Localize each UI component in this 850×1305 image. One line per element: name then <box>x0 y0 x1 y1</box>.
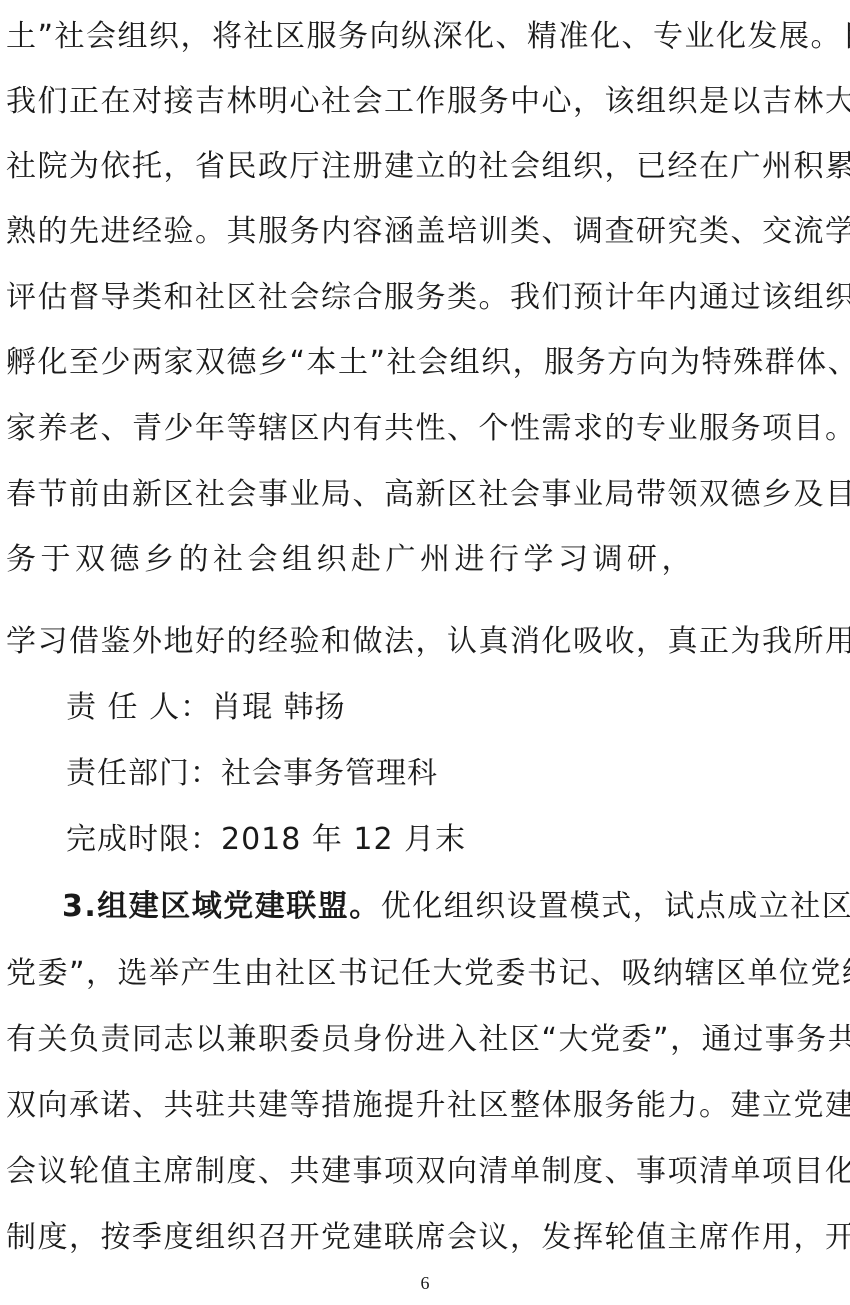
document-page: 土”社会组织，将社区服务向纵深化、精准化、专业化发展。目前 我们正在对接吉林明心… <box>0 0 850 1305</box>
body-text-line: 孵化至少两家双德乡“本土”社会组织，服务方向为特殊群体、居 <box>6 343 846 383</box>
body-text-line: 评估督导类和社区社会综合服务类。我们预计年内通过该组织培育 <box>6 278 846 318</box>
body-text-line: 春节前由新区社会事业局、高新区社会事业局带领双德乡及目前服 <box>6 475 846 515</box>
body-text-line: 务于双德乡的社会组织赴广州进行学习调研， <box>6 540 846 580</box>
deadline: 完成时限：2018 年 12 月末 <box>66 820 466 860</box>
body-text-line: 会议轮值主席制度、共建事项双向清单制度、事项清单项目化推进 <box>6 1152 846 1192</box>
body-text-line: 我们正在对接吉林明心社会工作服务中心，该组织是以吉林大学哲 <box>6 82 846 122</box>
body-text-line: 土”社会组织，将社区服务向纵深化、精准化、专业化发展。目前 <box>6 17 846 57</box>
responsible-department: 责任部门：社会事务管理科 <box>66 754 438 794</box>
body-text-line: 有关负责同志以兼职委员身份进入社区“大党委”，通过事务共商、 <box>6 1020 846 1060</box>
body-text-line: 社院为依托，省民政厅注册建立的社会组织，已经在广州积累了成 <box>6 147 846 187</box>
section-3-text: 优化组织设置模式，试点成立社区“大 <box>381 889 850 924</box>
responsible-person: 责 任 人：肖琨 韩扬 <box>66 688 346 728</box>
section-3-first-line: 3.组建区域党建联盟。优化组织设置模式，试点成立社区“大 <box>62 887 846 927</box>
body-text-line: 学习借鉴外地好的经验和做法，认真消化吸收，真正为我所用。 <box>6 622 846 662</box>
section-3-heading: 3.组建区域党建联盟。 <box>62 889 381 924</box>
page-number: 6 <box>0 1272 850 1294</box>
body-text-line: 党委”，选举产生由社区书记任大党委书记、吸纳辖区单位党组织 <box>6 954 846 994</box>
body-text-line: 熟的先进经验。其服务内容涵盖培训类、调查研究类、交流学习类、 <box>6 212 846 252</box>
body-text-line: 制度，按季度组织召开党建联席会议，发挥轮值主席作用，开出社 <box>6 1218 846 1258</box>
body-text-line: 双向承诺、共驻共建等措施提升社区整体服务能力。建立党建联席 <box>6 1086 846 1126</box>
body-text-line: 家养老、青少年等辖区内有共性、个性需求的专业服务项目。建议 <box>6 409 846 449</box>
